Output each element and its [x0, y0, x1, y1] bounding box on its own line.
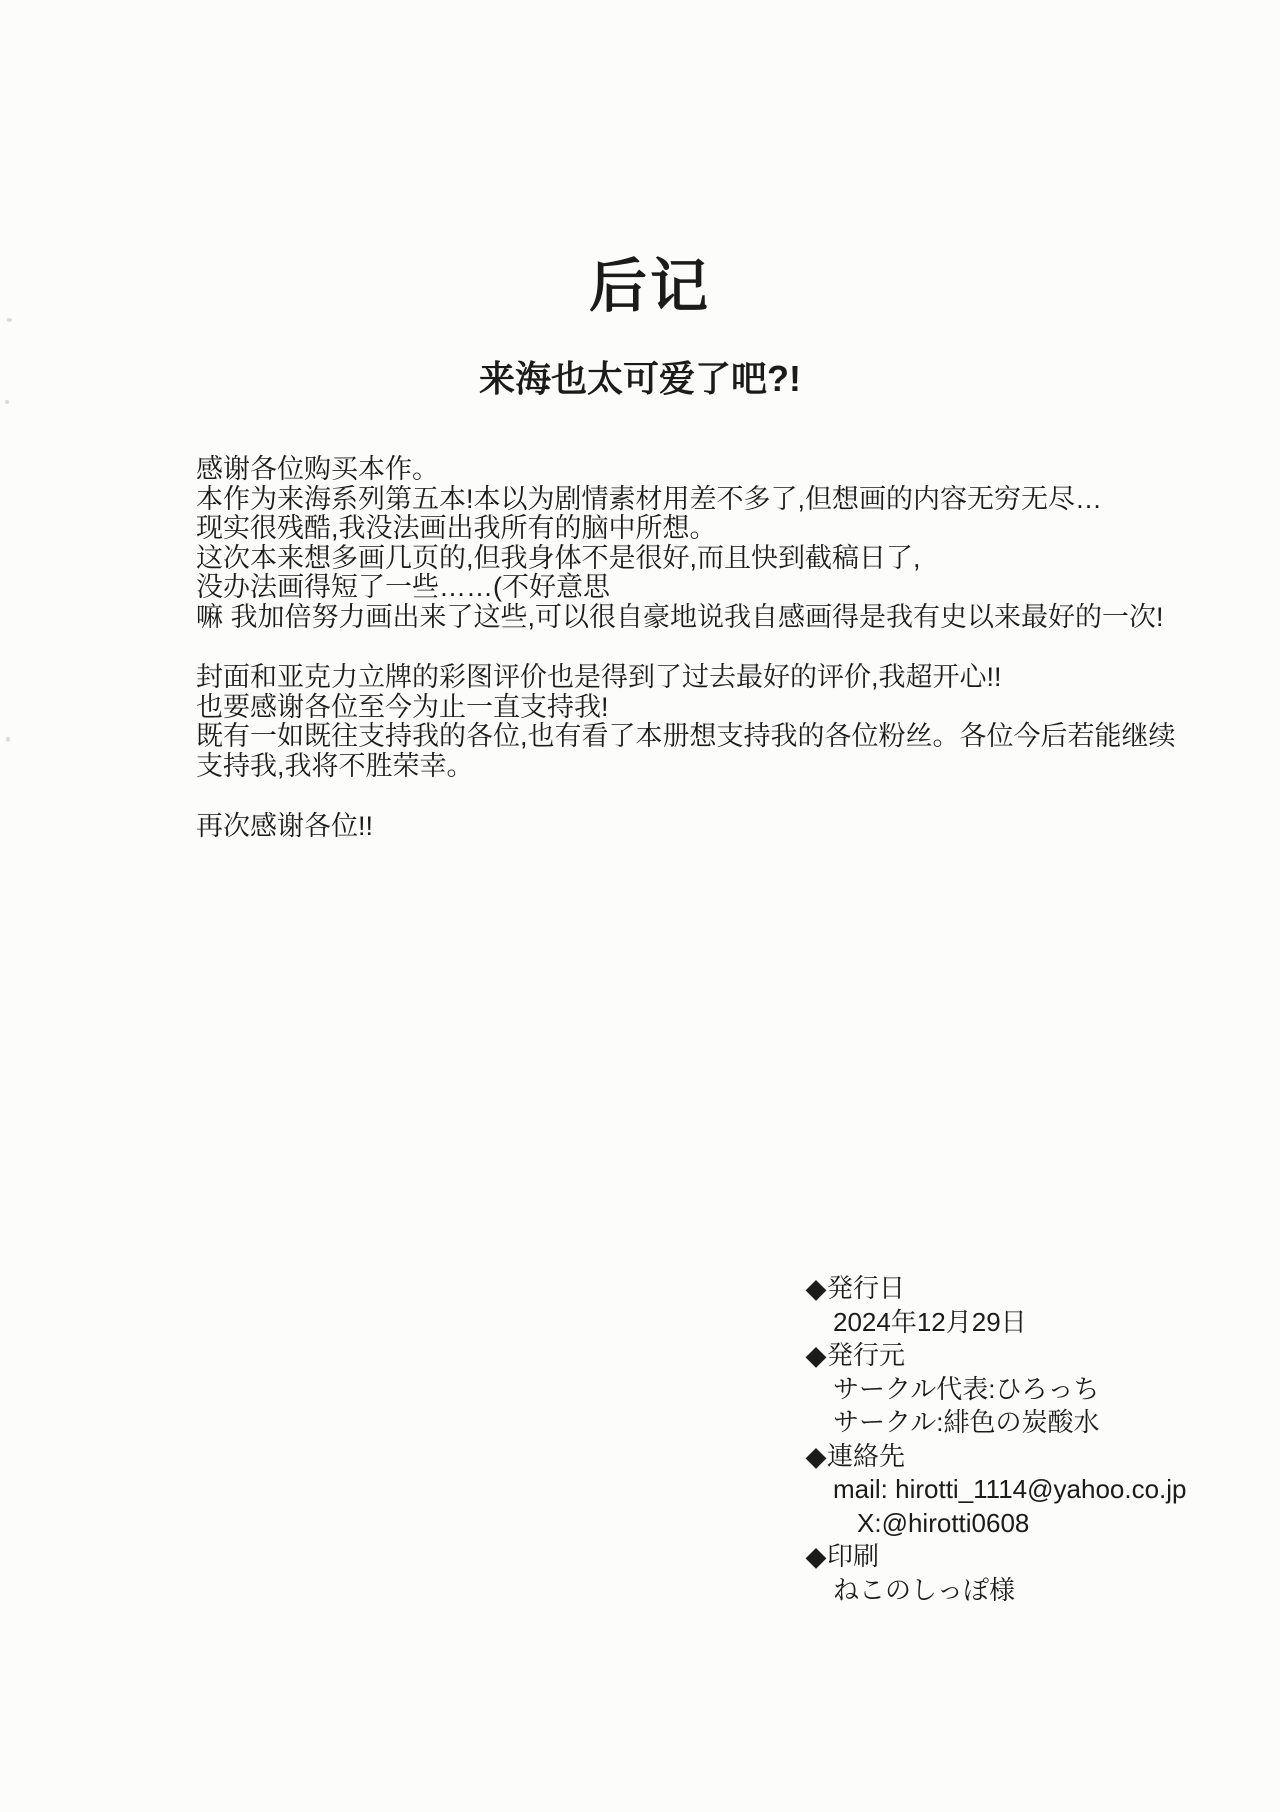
scan-speck [6, 737, 10, 742]
text-line: 本作为来海系列第五本!本以为剧情素材用差不多了,但想画的内容无穷无尽… [196, 485, 1176, 515]
text-line: 也要感谢各位至今为止一直支持我! [196, 693, 1176, 723]
afterword-page: 后记 来海也太可爱了吧?! 感谢各位购买本作。本作为来海系列第五本!本以为剧情素… [0, 0, 1280, 1812]
colophon-detail: 2024年12月29日 [806, 1306, 1187, 1340]
scan-speck [5, 400, 9, 404]
text-line: 现实很残酷,我没法画出我所有的脑中所想。 [196, 514, 1176, 544]
colophon: ◆発行日2024年12月29日◆発行元サークル代表:ひろっちサークル:緋色の炭酸… [806, 1272, 1187, 1607]
paragraph: 封面和亚克力立牌的彩图评价也是得到了过去最好的评价,我超开心!!也要感谢各位至今… [196, 663, 1176, 781]
colophon-header: ◆印刷 [806, 1540, 1187, 1574]
diamond-icon: ◆ [806, 1539, 827, 1574]
colophon-header-label: 発行元 [827, 1340, 905, 1370]
body-text: 感谢各位购买本作。本作为来海系列第五本!本以为剧情素材用差不多了,但想画的内容无… [196, 455, 1176, 842]
colophon-detail: ねこのしっぽ様 [806, 1574, 1187, 1608]
paragraph: 感谢各位购买本作。本作为来海系列第五本!本以为剧情素材用差不多了,但想画的内容无… [196, 455, 1176, 632]
paragraph: 再次感谢各位!! [196, 812, 1176, 842]
diamond-icon: ◆ [806, 1439, 827, 1474]
text-line: 嘛 我加倍努力画出来了这些,可以很自豪地说我自感画得是我有史以来最好的一次! [196, 603, 1176, 633]
diamond-icon: ◆ [806, 1338, 827, 1373]
colophon-header: ◆連絡先 [806, 1440, 1187, 1474]
page-subtitle: 来海也太可爱了吧?! [0, 356, 1280, 403]
colophon-detail: mail: hirotti_1114@yahoo.co.jp [806, 1473, 1187, 1507]
text-line: 再次感谢各位!! [196, 812, 1176, 842]
scan-speck [7, 318, 12, 322]
text-line: 没办法画得短了一些……(不好意思 [196, 573, 1176, 603]
colophon-detail: サークル代表:ひろっち [806, 1373, 1187, 1407]
text-line: 既有一如既往支持我的各位,也有看了本册想支持我的各位粉丝。各位今后若能继续 [196, 722, 1176, 752]
text-line: 支持我,我将不胜荣幸。 [196, 752, 1176, 782]
colophon-header: ◆発行日 [806, 1272, 1187, 1306]
colophon-detail: サークル:緋色の炭酸水 [806, 1406, 1187, 1440]
page-title: 后记 [0, 254, 1280, 321]
text-line: 感谢各位购买本作。 [196, 455, 1176, 485]
colophon-header-label: 連絡先 [827, 1441, 905, 1471]
text-line: 这次本来想多画几页的,但我身体不是很好,而且快到截稿日了, [196, 544, 1176, 574]
colophon-header: ◆発行元 [806, 1339, 1187, 1373]
diamond-icon: ◆ [806, 1271, 827, 1306]
text-line: 封面和亚克力立牌的彩图评价也是得到了过去最好的评价,我超开心!! [196, 663, 1176, 693]
colophon-header-label: 印刷 [827, 1541, 879, 1571]
colophon-detail: X:@hirotti0608 [806, 1507, 1187, 1541]
colophon-header-label: 発行日 [827, 1273, 905, 1303]
